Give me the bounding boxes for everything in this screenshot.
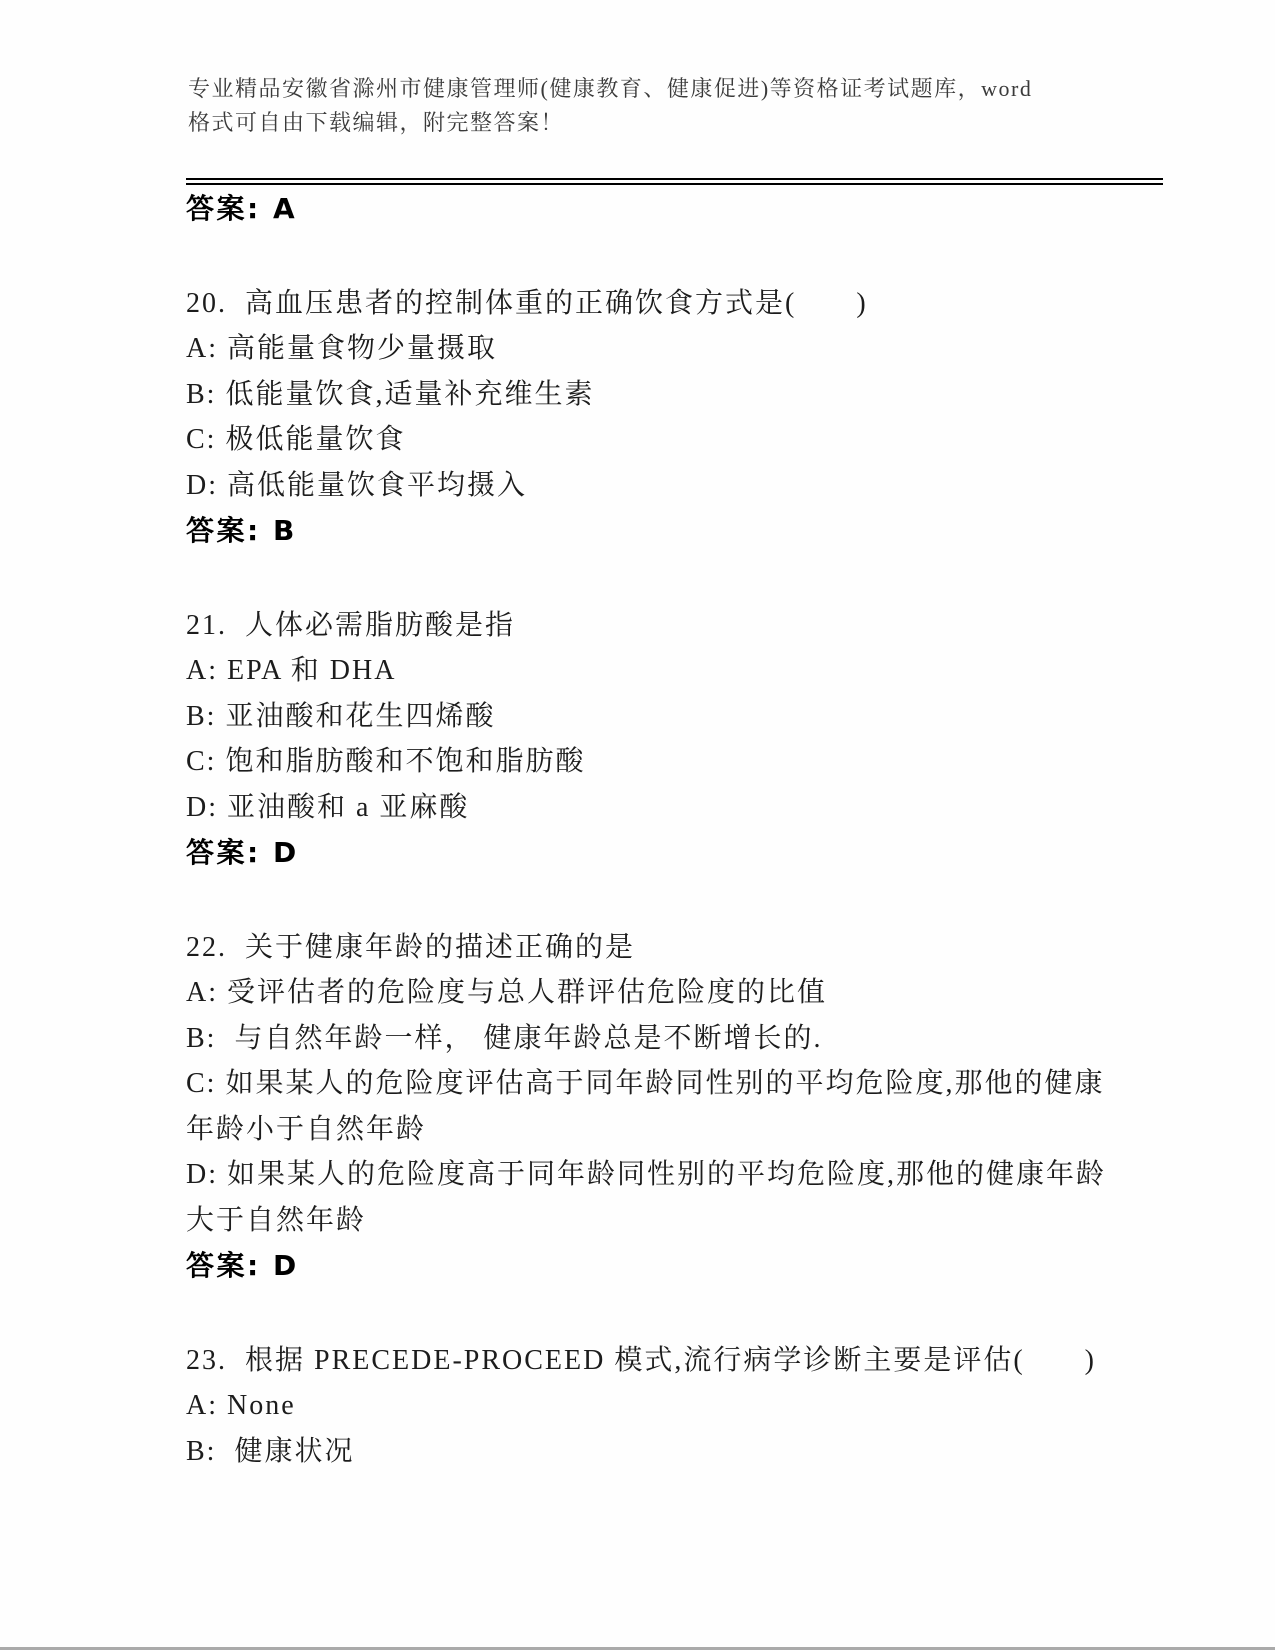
header-divider	[186, 178, 1163, 185]
option-line-a: A: EPA 和 DHA	[186, 648, 1126, 694]
question-block-21: 21. 人体必需脂肪酸是指 A: EPA 和 DHA B: 亚油酸和花生四烯酸 …	[186, 603, 1126, 876]
option-line-b: B: 亚油酸和花生四烯酸	[186, 694, 1126, 740]
question-title: 23. 根据 PRECEDE-PROCEED 模式,流行病学诊断主要是评估( )	[186, 1338, 1126, 1384]
answer-line-previous-question: 答案: A	[186, 186, 1126, 232]
option-line-d: D: 高低能量饮食平均摄入	[186, 463, 1126, 509]
question-block-20: 20. 高血压患者的控制体重的正确饮食方式是( ) A: 高能量食物少量摄取 B…	[186, 281, 1126, 554]
option-line-b: B: 健康状况	[186, 1429, 1126, 1475]
option-line-c: C: 如果某人的危险度评估高于同年龄同性别的平均危险度,那他的健康年龄小于自然年…	[186, 1061, 1126, 1152]
document-header: 专业精品安徽省滁州市健康管理师(健康教育、健康促进)等资格证考试题库，word …	[188, 72, 1103, 140]
document-body: 答案: A 20. 高血压患者的控制体重的正确饮食方式是( ) A: 高能量食物…	[186, 186, 1126, 1474]
option-line-d: D: 亚油酸和 a 亚麻酸	[186, 785, 1126, 831]
option-line-a: A: 受评估者的危险度与总人群评估危险度的比值	[186, 970, 1126, 1016]
document-page: 专业精品安徽省滁州市健康管理师(健康教育、健康促进)等资格证考试题库，word …	[0, 0, 1275, 1650]
question-block-23: 23. 根据 PRECEDE-PROCEED 模式,流行病学诊断主要是评估( )…	[186, 1338, 1126, 1475]
option-line-a: A: None	[186, 1383, 1126, 1429]
header-line-2: 格式可自由下载编辑，附完整答案！	[188, 106, 1103, 140]
question-title: 21. 人体必需脂肪酸是指	[186, 603, 1126, 649]
option-line-a: A: 高能量食物少量摄取	[186, 326, 1126, 372]
answer-line: 答案: D	[186, 830, 1126, 876]
question-block-22: 22. 关于健康年龄的描述正确的是 A: 受评估者的危险度与总人群评估危险度的比…	[186, 925, 1126, 1289]
option-line-d: D: 如果某人的危险度高于同年龄同性别的平均危险度,那他的健康年龄大于自然年龄	[186, 1152, 1126, 1243]
option-line-c: C: 饱和脂肪酸和不饱和脂肪酸	[186, 739, 1126, 785]
question-title: 20. 高血压患者的控制体重的正确饮食方式是( )	[186, 281, 1126, 327]
option-line-b: B: 与自然年龄一样， 健康年龄总是不断增长的.	[186, 1016, 1126, 1062]
option-line-c: C: 极低能量饮食	[186, 417, 1126, 463]
option-line-b: B: 低能量饮食,适量补充维生素	[186, 372, 1126, 418]
question-title: 22. 关于健康年龄的描述正确的是	[186, 925, 1126, 971]
answer-line: 答案: B	[186, 508, 1126, 554]
header-line-1: 专业精品安徽省滁州市健康管理师(健康教育、健康促进)等资格证考试题库，word	[188, 72, 1103, 106]
answer-line: 答案: D	[186, 1243, 1126, 1289]
